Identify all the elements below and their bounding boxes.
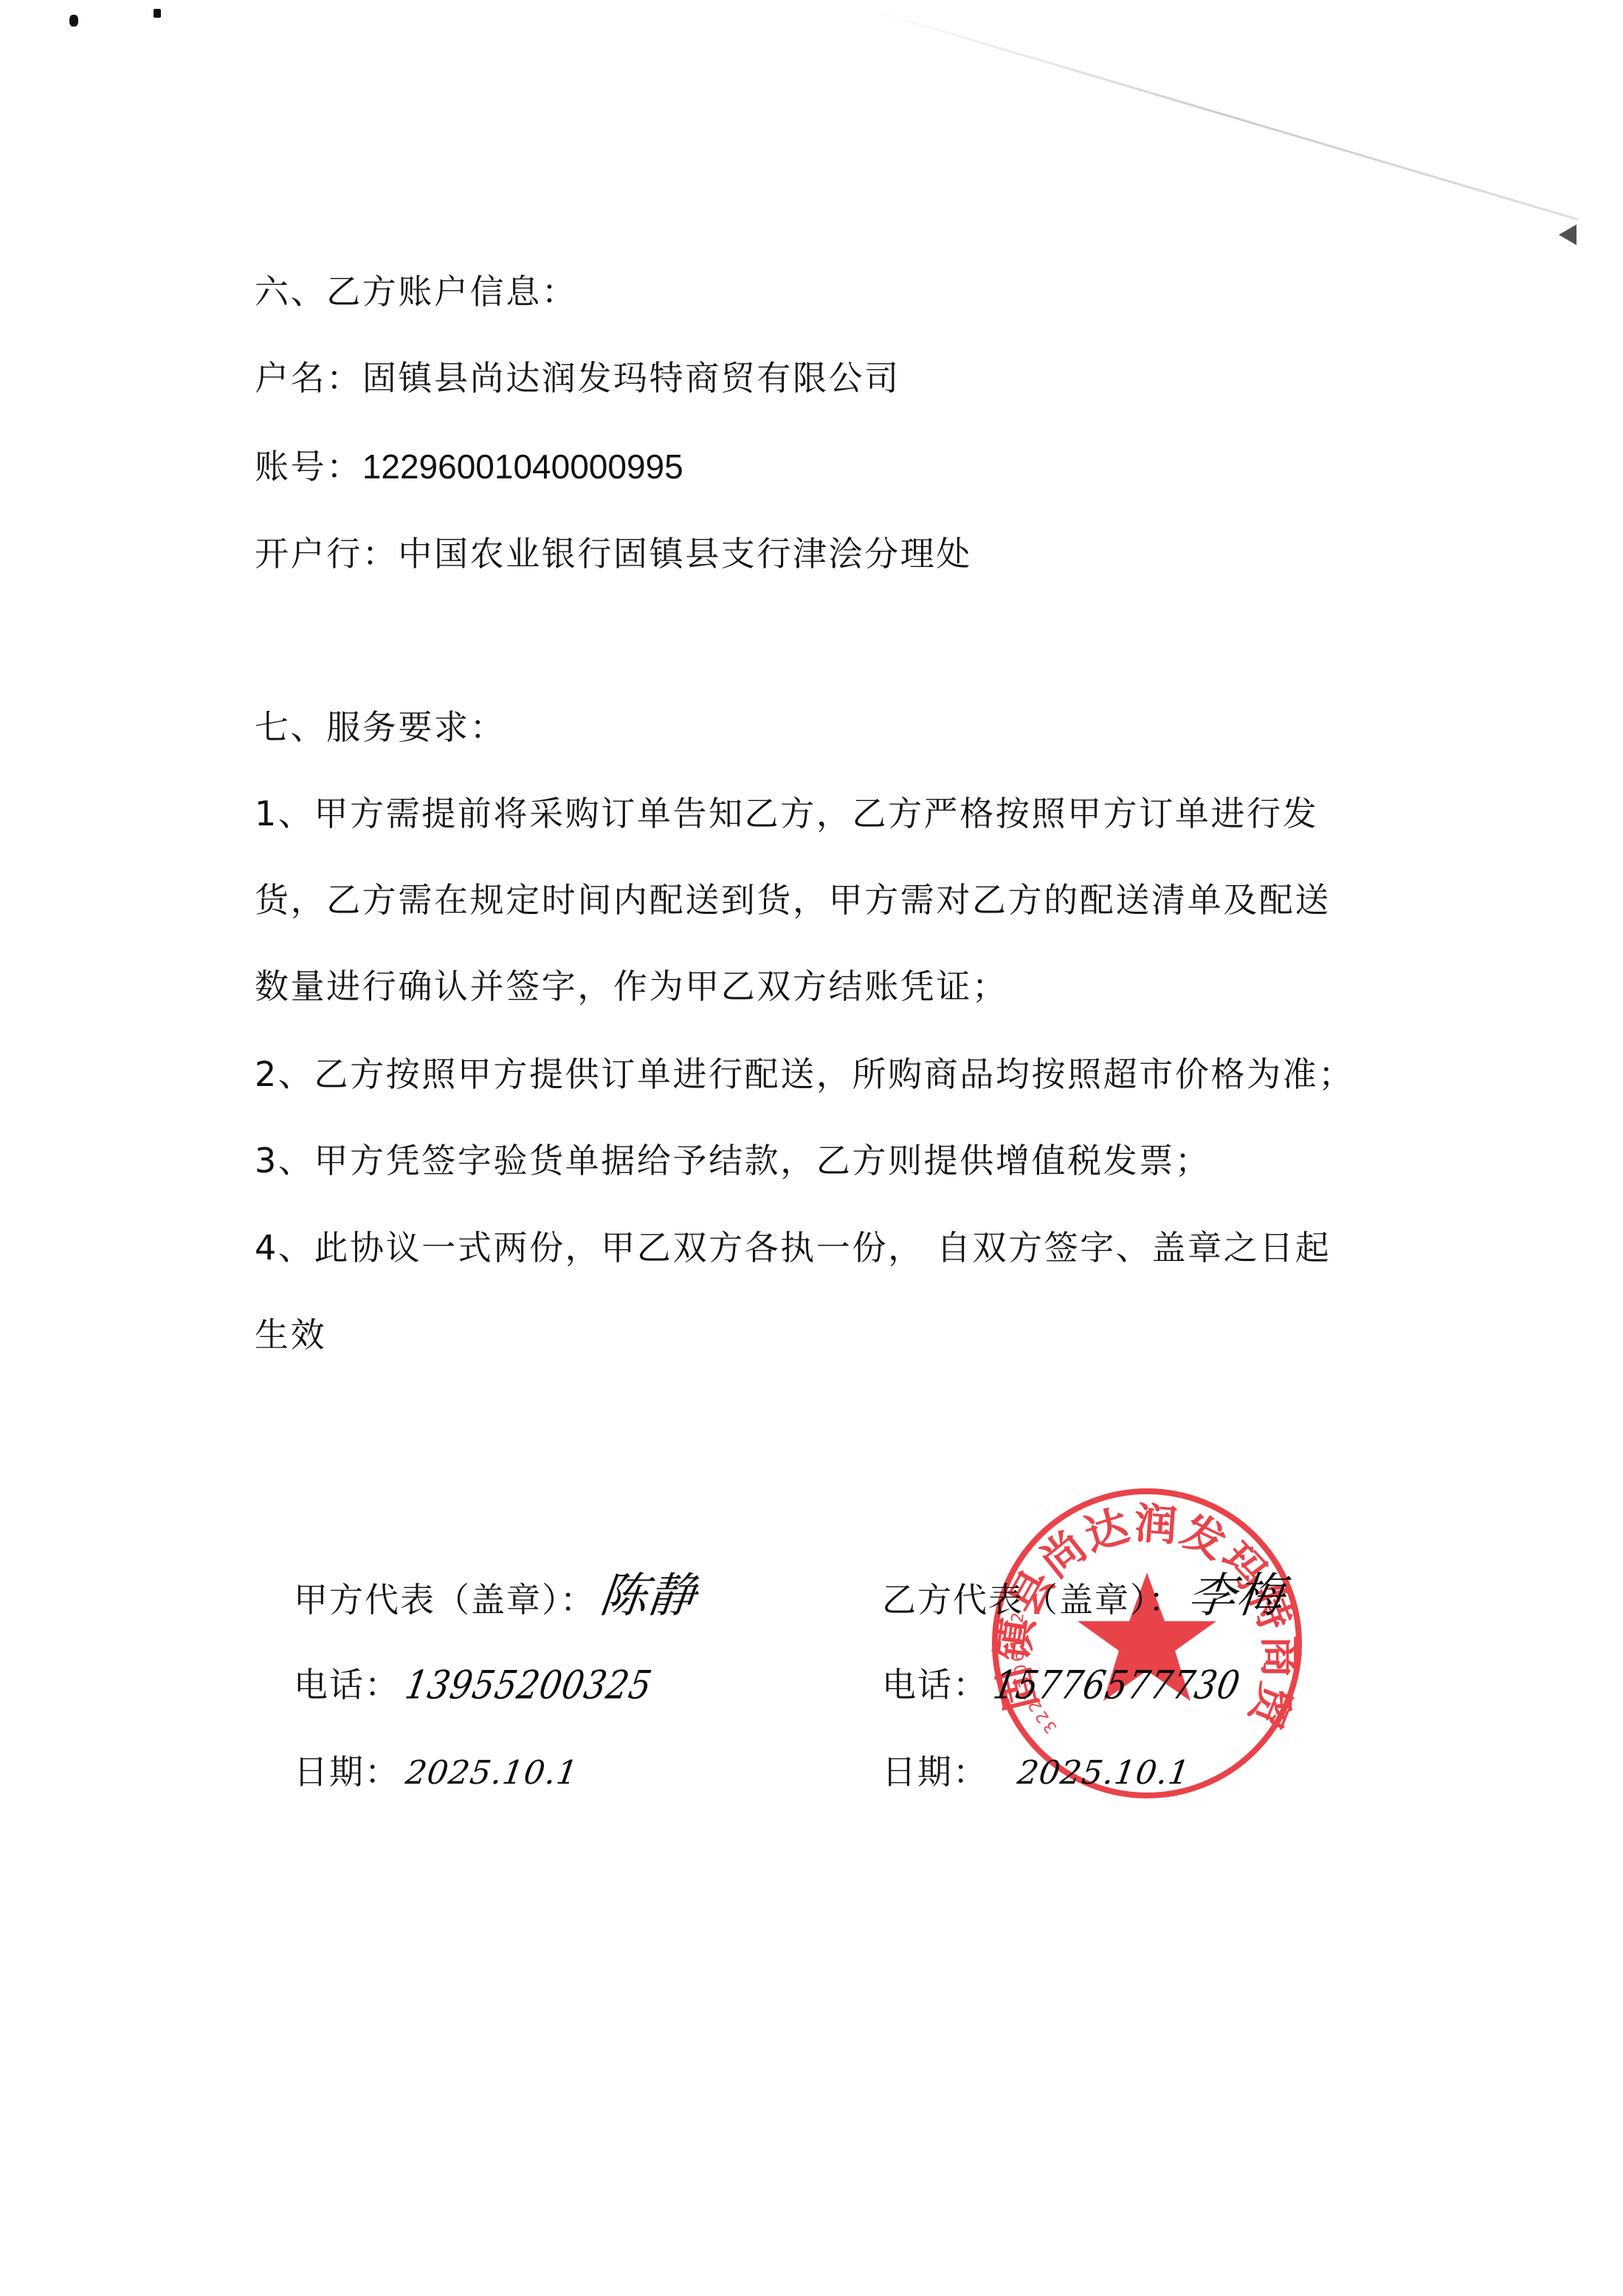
bank-value: 中国农业银行固镇县支行津浍分理处 [398,534,972,574]
requirement-4-line-1: 4、此协议一式两份，甲乙双方各执一份， 自双方签字、盖章之日起 [255,1227,1331,1268]
party-b-date-handwritten: 2025.10.1 [1015,1753,1193,1794]
requirement-1-line-3: 数量进行确认并签字，作为甲乙双方结账凭证； [255,966,1008,1007]
party-b-representative-label: 乙方代表（盖章）： [882,1580,1184,1620]
account-number-label: 账号： [255,447,362,487]
party-a-date-handwritten: 2025.10.1 [403,1753,581,1794]
document-page: 六、乙方账户信息： 户名：固镇县尚达润发玛特商贸有限公司 账号：12296001… [0,0,1623,2296]
requirement-3-line-1: 3、甲方凭签字验货单据给予结款，乙方则提供增值税发票； [255,1140,1210,1181]
party-b-representative-row: 乙方代表（盖章）：李梅 [882,1575,1284,1620]
party-a-phone-label: 电话： [294,1665,400,1705]
requirement-2-line-1: 2、乙方按照甲方提供订单进行配送，所购商品均按照超市价格为准； [255,1054,1354,1095]
party-a-representative-label: 甲方代表（盖章）： [294,1580,596,1620]
party-a-date-row: 日期：2025.10.1 [294,1751,578,1794]
account-name-value: 固镇县尚达润发玛特商贸有限公司 [362,358,900,398]
party-a-signature-block: 甲方代表（盖章）：陈静 电话：13955200325 日期：2025.10.1 [294,1558,810,1809]
party-b-phone-label: 电话： [882,1665,988,1705]
party-b-date-row: 日期：2025.10.1 [882,1751,1190,1794]
party-b-phone-row: 电话：15776577730 [882,1664,1240,1705]
requirement-1-line-2: 货，乙方需在规定时间内配送到货，甲方需对乙方的配送清单及配送 [255,879,1331,921]
party-a-phone-handwritten: 13955200325 [402,1661,655,1708]
requirement-1-line-1: 1、甲方需提前将采购订单告知乙方，乙方严格按照甲方订单进行发 [255,793,1318,834]
party-a-phone-row: 电话：13955200325 [294,1664,652,1705]
account-name-label: 户名： [255,358,362,398]
party-b-date-label: 日期： [882,1752,988,1792]
scan-corner-mark [1559,224,1577,245]
scan-fold-line [870,9,1579,221]
scan-speck [154,9,161,18]
party-a-date-label: 日期： [294,1752,400,1792]
account-name-row: 户名：固镇县尚达润发玛特商贸有限公司 [255,357,900,399]
party-b-phone-handwritten: 15776577730 [990,1661,1244,1708]
requirement-4-line-2: 生效 [255,1314,326,1355]
party-b-signature-block: 乙方代表（盖章）：李梅 电话：15776577730 日期：2025.10.1 [882,1558,1399,1809]
party-a-representative-row: 甲方代表（盖章）：陈静 [294,1575,696,1620]
bank-label: 开户行： [255,534,398,574]
party-b-handwritten-signature: 李梅 [1186,1575,1286,1617]
scan-speck [69,15,78,27]
party-a-handwritten-signature: 陈静 [598,1575,698,1617]
section7-heading: 七、服务要求： [255,707,506,748]
section6-heading: 六、乙方账户信息： [255,271,577,312]
account-number-row: 账号：12296001040000995 [255,446,683,487]
account-number-value: 12296001040000995 [362,447,683,486]
bank-row: 开户行：中国农业银行固镇县支行津浍分理处 [255,533,972,574]
